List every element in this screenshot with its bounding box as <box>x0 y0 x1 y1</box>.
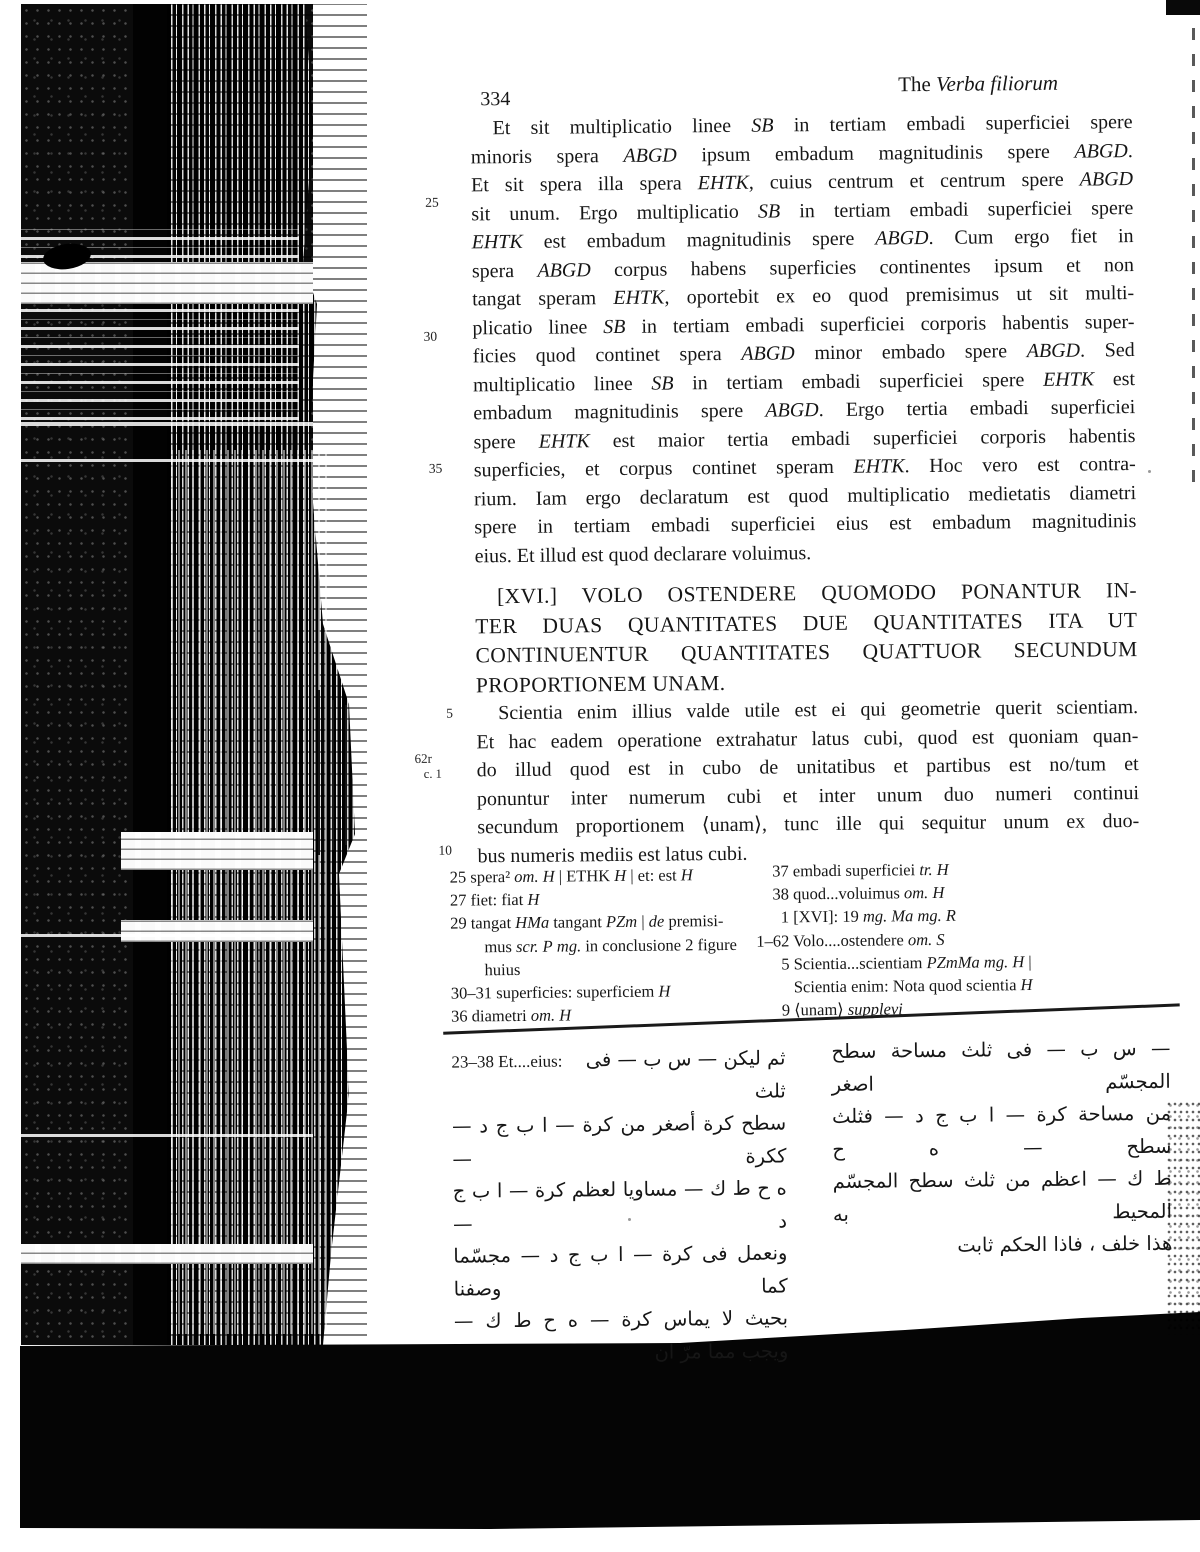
text-segment: plicatio linee <box>472 316 603 339</box>
text-segment: spera <box>472 259 538 282</box>
italic-text: ABGD <box>875 227 929 250</box>
text-line: من مساحة كرة — ا ب ج د — فثلث سطح — ه ح <box>832 1098 1172 1166</box>
italic-text: EHTK <box>1043 368 1094 390</box>
folio-column-reference: c. 1 <box>424 767 442 782</box>
text-segment: in tertiam embadi superficiei spere <box>780 197 1133 222</box>
apparatus-line-number: 1 <box>752 906 789 930</box>
main-paragraph: Et sit multiplicatio linee SB in tertiam… <box>470 108 1136 570</box>
text-segment: corpus habens superficies continentes ip… <box>591 254 1134 281</box>
apparatus-line-number: 25 <box>450 867 471 886</box>
text-segment: spera² <box>470 867 514 886</box>
text-line: ونعمل فى كرة — ا ب ج د — مجسّما كما وصفن… <box>453 1237 788 1305</box>
italic-text: mg. <box>917 906 941 925</box>
italic-text: PZmMa <box>926 952 979 972</box>
text-segment: . <box>1128 140 1133 162</box>
italic-text: mg. <box>984 952 1008 971</box>
arabic-right-column: — س ب — فى ثلث مساحة سطح المجسّم اصغرمن … <box>831 1033 1172 1264</box>
italic-text: om. <box>531 1006 555 1025</box>
apparatus-line-number: 30–31 <box>451 983 497 1002</box>
text-segment: superficies: superficiem <box>496 982 658 1003</box>
text-segment: multiplicatio linee <box>473 372 652 396</box>
text-line: 30–31 superficies: superficiem H <box>451 978 781 1004</box>
text-segment: fiet: fiat <box>470 890 527 910</box>
italic-text: mg. <box>863 907 887 926</box>
text-line: 25 spera² om. H | ETHK H | et: est H <box>450 862 780 888</box>
apparatus-left-column: 25 spera² om. H | ETHK H | et: est H27 f… <box>450 862 782 1028</box>
italic-text: H <box>1021 975 1033 994</box>
italic-text: ABGD <box>1027 340 1081 363</box>
italic-text: P <box>543 936 553 955</box>
italic-text: EHTK <box>698 172 749 194</box>
margin-line-number-25: 25 <box>425 195 439 211</box>
italic-text: SB <box>751 114 773 136</box>
italic-text: om. <box>514 867 538 886</box>
text-segment: minor embado spere <box>795 340 1027 364</box>
text-segment: est <box>1094 368 1135 390</box>
text-line: ط ك — اعظم من ثلث سطح المجسّم المحيط به <box>833 1163 1173 1231</box>
text-line: ه ح ط ك — مساويا لعظم كرة — ا ب ج د — <box>453 1172 788 1240</box>
text-segment: sit unum. Ergo multiplicatio <box>471 200 758 225</box>
text-line: eius. Et illud est quod declarare voluim… <box>475 536 1137 571</box>
text-segment: . Cum ergo fiet in <box>928 225 1133 249</box>
italic-text: SB <box>651 372 673 394</box>
text-segment: Scientia...scientiam <box>789 953 926 973</box>
italic-text: EHTK <box>853 455 904 477</box>
text-segment: in tertiam embadi superficiei corporis h… <box>625 311 1134 338</box>
text-segment: quod...voluimus <box>789 883 904 903</box>
text-segment: Volo....ostendere <box>789 930 908 950</box>
text-segment: | <box>637 912 649 931</box>
printed-page: 334 The Verba filiorum Et sit multiplica… <box>0 0 1200 1552</box>
italic-text: HMa <box>515 913 549 932</box>
text-segment: spere in tertiam embadi superficiei eius… <box>474 510 1136 538</box>
italic-text: ABGD <box>1080 168 1134 191</box>
italic-text: H <box>658 982 670 1001</box>
text-segment: . Sed <box>1080 339 1135 362</box>
apparatus-line-number: 5 <box>752 952 789 976</box>
italic-text: H <box>937 860 949 879</box>
text-segment: tangant <box>549 913 606 933</box>
section-heading: [XVI.] VOLO OSTENDERE QUOMODO PONANTUR I… <box>475 576 1138 701</box>
text-segment: | ETHK <box>554 866 614 886</box>
text-segment: in tertiam embadi superficiei spere <box>773 111 1132 136</box>
text-segment: in conclusione 2 figure <box>581 934 737 954</box>
text-segment: premisi- <box>664 911 723 931</box>
apparatus-line-number: 27 <box>450 891 471 910</box>
italic-text: PZm <box>606 912 637 931</box>
running-title-roman: The <box>898 72 936 96</box>
apparatus-line-number: 1–62 <box>752 929 789 953</box>
text-segment: tangat <box>471 913 516 932</box>
italic-text: tr. <box>919 860 932 879</box>
italic-text: H <box>614 866 626 885</box>
text-segment: mus <box>484 937 516 956</box>
text-segment: tangat speram <box>472 287 613 310</box>
text-segment: in tertiam embadi superficiei spere <box>673 368 1043 394</box>
text-segment: , oportebit ex eo quod premisimus ut sit… <box>664 282 1134 309</box>
arabic-first-line: ثم ليكن — س ب — فى ثلث <box>562 1042 786 1109</box>
text-segment: superficies, et corpus continet speram <box>474 456 854 482</box>
text-segment: est maior tertia embadi superficiei corp… <box>590 425 1136 452</box>
italic-text: H <box>527 890 539 909</box>
text-segment: est embadum magnitudinis spere <box>523 228 876 253</box>
apparatus-line-number: 36 <box>451 1007 472 1026</box>
text-segment: Et sit spera illa spera <box>471 172 698 196</box>
italic-text: mg. <box>557 936 581 955</box>
italic-text: de <box>649 912 665 931</box>
apparatus-line-number: 29 <box>450 914 471 933</box>
text-segment: Scientia enim: Nota quod scientia <box>794 975 1021 996</box>
margin-line-number-5: 5 <box>446 706 453 722</box>
italic-text: ABGD <box>537 259 591 282</box>
text-segment: Et sit multiplicatio linee <box>492 115 751 139</box>
text-segment: . Ergo tertia embadi superficiei <box>819 396 1136 421</box>
text-segment: rium. Iam ergo declaratum est quod multi… <box>474 482 1136 510</box>
italic-text: EHTK <box>539 430 590 452</box>
text-segment: spere <box>473 430 538 453</box>
italic-text: EHTK <box>613 287 664 309</box>
text-line: سطح كرة أصغر من كرة — ا ب ج د — ككرة — <box>452 1107 787 1175</box>
text-segment: huius <box>485 960 521 979</box>
italic-text: Ma <box>891 907 913 926</box>
italic-text: SB <box>758 200 780 222</box>
margin-line-number-30: 30 <box>423 329 437 345</box>
text-segment: eius. Et illud est quod declarare voluim… <box>475 542 812 567</box>
margin-line-number-10: 10 <box>438 843 452 859</box>
arabic-left-column: 23–38 Et....eius: ثم ليكن — س ب — فى ثلث… <box>451 1042 788 1370</box>
text-line: 29 tangat HMa tangant PZm | de premisi- <box>450 909 780 935</box>
apparatus-line-number: 37 <box>752 859 789 883</box>
text-line: huius <box>451 955 781 981</box>
text-segment: | <box>1024 952 1032 971</box>
italic-text: ABGD <box>765 399 819 422</box>
text-segment: [XVI]: 19 <box>789 907 863 927</box>
italic-text: EHTK <box>472 231 523 253</box>
arabic-lemma: 23–38 Et....eius: <box>451 1046 562 1080</box>
text-segment: ipsum embadum magnitudinis spere <box>677 140 1075 166</box>
text-line: 27 fiet: fiat H <box>450 886 780 912</box>
text-segment: embadi superficiei <box>789 860 920 880</box>
italic-text: scr. <box>516 936 539 955</box>
italic-text: H <box>932 883 944 902</box>
text-segment: diametri <box>472 1006 531 1026</box>
text-segment: . Hoc vero est contra- <box>905 453 1136 477</box>
folio-reference: 62r <box>415 751 432 767</box>
italic-text: H <box>681 865 693 884</box>
text-line: mus scr. P mg. in conclusione 2 figure <box>450 932 780 958</box>
text-line: هذا خلف ، فاذا الحكم ثابت <box>833 1228 1172 1264</box>
italic-text: H <box>1012 952 1024 971</box>
italic-text: om. <box>908 930 932 949</box>
text-segment: embadum magnitudinis spere <box>473 400 765 425</box>
text-segment: | et: est <box>626 865 681 885</box>
italic-text: R <box>946 906 956 925</box>
apparatus-line-number: 38 <box>752 883 789 907</box>
text-segment: ficies quod continet spera <box>473 343 742 368</box>
text-segment: minoris spera <box>471 144 624 167</box>
text-line: بحيث لا يماس كرة — ه ح ط ك — ويجب مما مر… <box>454 1302 789 1370</box>
running-title: The Verba filiorum <box>898 71 1058 98</box>
text-line: — س ب — فى ثلث مساحة سطح المجسّم اصغر <box>831 1033 1171 1101</box>
arabic-lemma-line: 23–38 Et....eius: ثم ليكن — س ب — فى ثلث <box>451 1042 786 1110</box>
page-number: 334 <box>480 88 510 111</box>
italic-text: om. <box>904 883 928 902</box>
italic-text: H <box>543 867 555 886</box>
apparatus-right-column: 37 embadi superficiei tr. H38 quod...vol… <box>752 856 1168 1022</box>
italic-text: ABGD <box>1074 140 1128 163</box>
italic-text: ABGD <box>623 144 677 167</box>
italic-text: S <box>936 930 944 949</box>
second-paragraph: Scientia enim illius valde utile est ei … <box>476 693 1140 870</box>
italic-text: H <box>559 1006 571 1025</box>
italic-text: ABGD <box>741 342 795 365</box>
text-segment: , cuius centrum et centrum spere <box>749 169 1080 194</box>
margin-line-number-35: 35 <box>429 461 443 477</box>
running-title-italic: Verba filiorum <box>936 71 1058 96</box>
italic-text: SB <box>603 315 625 337</box>
arabic-left-lines: سطح كرة أصغر من كرة — ا ب ج د — ككرة —ه … <box>452 1107 788 1370</box>
